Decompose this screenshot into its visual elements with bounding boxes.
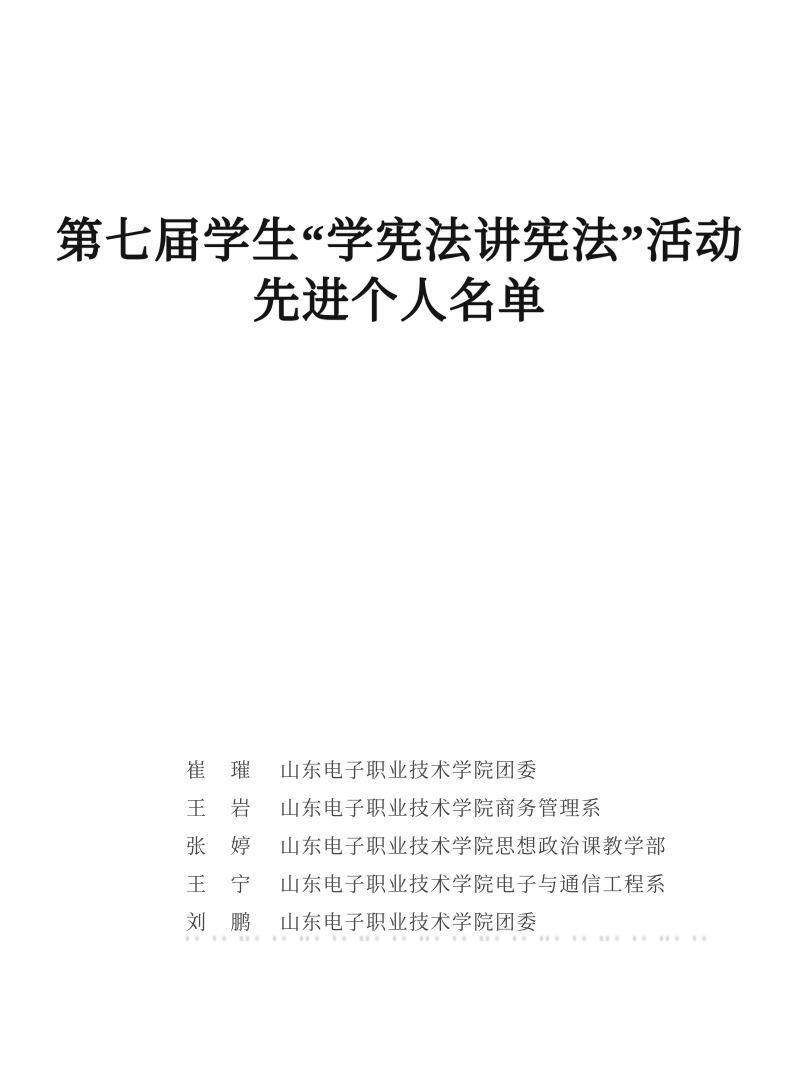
title-line-1: 第七届学生“学宪法讲宪法”活动 xyxy=(0,212,800,272)
awardee-affiliation: 山东电子职业技术学院思想政治课教学部 xyxy=(280,830,667,859)
awardee-name: 崔 璀 xyxy=(186,754,252,783)
awardee-surname: 崔 xyxy=(186,754,208,783)
awardee-surname: 王 xyxy=(186,792,208,821)
awardee-given-name: 岩 xyxy=(231,792,253,821)
scan-artifact-partial-row xyxy=(186,936,706,941)
awardee-given-name: 宁 xyxy=(231,868,253,897)
list-item: 王 宁 山东电子职业技术学院电子与通信工程系 xyxy=(186,863,667,901)
awardee-given-name: 鹏 xyxy=(231,906,253,935)
awardee-name: 王 岩 xyxy=(186,792,252,821)
title-line-2: 先进个人名单 xyxy=(0,272,800,332)
document-title: 第七届学生“学宪法讲宪法”活动 先进个人名单 xyxy=(0,212,800,332)
awardee-affiliation: 山东电子职业技术学院商务管理系 xyxy=(280,792,603,821)
list-item: 王 岩 山东电子职业技术学院商务管理系 xyxy=(186,787,667,825)
list-item: 崔 璀 山东电子职业技术学院团委 xyxy=(186,749,667,787)
awardee-name: 张 婷 xyxy=(186,830,252,859)
awardee-given-name: 璀 xyxy=(231,754,253,783)
awardee-affiliation: 山东电子职业技术学院团委 xyxy=(280,754,538,783)
list-item: 刘 鹏 山东电子职业技术学院团委 xyxy=(186,901,667,939)
awardee-surname: 张 xyxy=(186,830,208,859)
awardee-affiliation: 山东电子职业技术学院电子与通信工程系 xyxy=(280,868,667,897)
awardee-name: 王 宁 xyxy=(186,868,252,897)
awardee-given-name: 婷 xyxy=(231,830,253,859)
awardee-surname: 刘 xyxy=(186,906,208,935)
awardee-affiliation: 山东电子职业技术学院团委 xyxy=(280,906,538,935)
awardee-name: 刘 鹏 xyxy=(186,906,252,935)
list-item: 张 婷 山东电子职业技术学院思想政治课教学部 xyxy=(186,825,667,863)
document-page: 第七届学生“学宪法讲宪法”活动 先进个人名单 崔 璀 山东电子职业技术学院团委 … xyxy=(0,0,800,1065)
awardee-list: 崔 璀 山东电子职业技术学院团委 王 岩 山东电子职业技术学院商务管理系 张 婷… xyxy=(186,749,667,939)
awardee-surname: 王 xyxy=(186,868,208,897)
